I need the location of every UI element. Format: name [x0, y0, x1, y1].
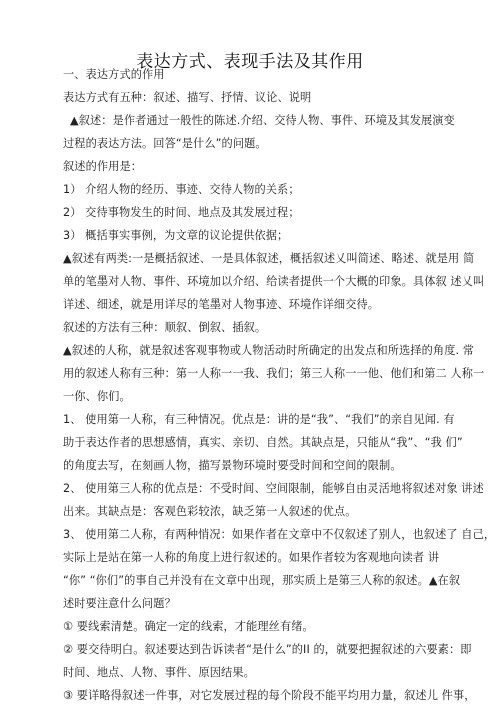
paragraph-line: 助于表达作者的思想感情，真实、亲切、自然。其缺点是，只能从“我”、“我 们”: [63, 436, 438, 450]
list-item: 2、 使用第三人称的优点是：不受时间、空间限制，能够自由灵活地将叙述对象 讲述: [63, 482, 438, 496]
paragraph-line: ▲叙述的人称，就是叙述客观事物或人物活动时所确定的出发点和所选择的角度. 常: [63, 344, 438, 358]
paragraph-line: 详述、细述，就是用详尽的笔墨对人物事迹、环境作详细交待。: [63, 298, 438, 312]
list-item: ① 要线索清楚。确定一定的线索，才能理丝有绪。: [63, 620, 438, 634]
paragraph-line: 叙述的方法有三种：顺叙、倒叙、插叙。: [63, 321, 438, 335]
paragraph-line: 一你、你们。: [63, 390, 438, 404]
paragraph-line: 述时要注意什么问题？: [63, 597, 438, 611]
paragraph-line: 叙述的作用是：: [63, 160, 438, 174]
list-item: ② 要交待明白。叙述要达到告诉读者“是什么”的II 的，就要把握叙述的六要素：即: [63, 643, 438, 657]
paragraph-line: 的角度去写，在刻画人物，描写景物环境时要受时间和空间的限制。: [63, 459, 438, 473]
paragraph-line: 出来。其缺点是：客观色彩较浓，缺乏第一人叙述的优点。: [63, 505, 438, 519]
paragraph-line: 时间、地点、人物、事件、原因结果。: [63, 666, 438, 680]
paragraph-line: 单的笔墨对人物、事件、环境加以介绍、给读者提供一个大概的印象。具体叙 述乂叫: [63, 275, 438, 289]
paragraph-line: “你” “你们”的事自己并没有在文章中出现，那实质上是第三人称的叙述。▲在叙: [63, 574, 438, 588]
list-item: 1、 使用第一人称，有三种情况。优点是：讲的是“我”、“我们”的亲自见闻. 有: [63, 413, 438, 427]
section-heading: 一、表达方式的作用: [63, 68, 438, 82]
list-item: 1） 介绍人物的经历、事迹、交待人物的关系；: [63, 183, 438, 197]
paragraph-line: 用的叙述人称有三种：第一人称一一我、我们；第三人称一一他、他们和第二 人称一: [63, 367, 438, 381]
document-page: 表达方式、表现手法及其作用 一、表达方式的作用 表达方式有五种：叙述、描写、抒情…: [0, 0, 500, 707]
list-item: 3） 概括事实事例，为文章的议论提供依据；: [63, 229, 438, 243]
list-item: 2） 交待事物发生的时间、地点及其发展过程；: [63, 206, 438, 220]
paragraph-line: ▲叙述：是作者通过一般性的陈述.介绍、交待人物、事件、环境及其发展演变: [70, 114, 445, 128]
paragraph-line: 过程的表达方法。回答“是什么”的问题。: [63, 137, 438, 151]
paragraph-line: 实际上是站在第一人称的角度上进行叙述的。如果作者较为客观地向读者 讲: [63, 551, 438, 565]
list-item: 3、 使用第二人称，有两种悄况：如果作者在文章中不仅叙述了别人，也叙述了 自己，: [63, 528, 438, 542]
list-item: ③ 要详略得叙述一件事，对它发展过程的每个阶段不能平均用力量，叙述儿 件事，: [63, 689, 438, 703]
paragraph-line: 表达方式有五种：叙述、描写、抒情、议论、说明: [63, 91, 438, 105]
paragraph-line: ▲叙述有两类:一是概括叙述、一是具体叙述，概括叙述乂叫简述、略述、就是用 简: [63, 252, 438, 266]
